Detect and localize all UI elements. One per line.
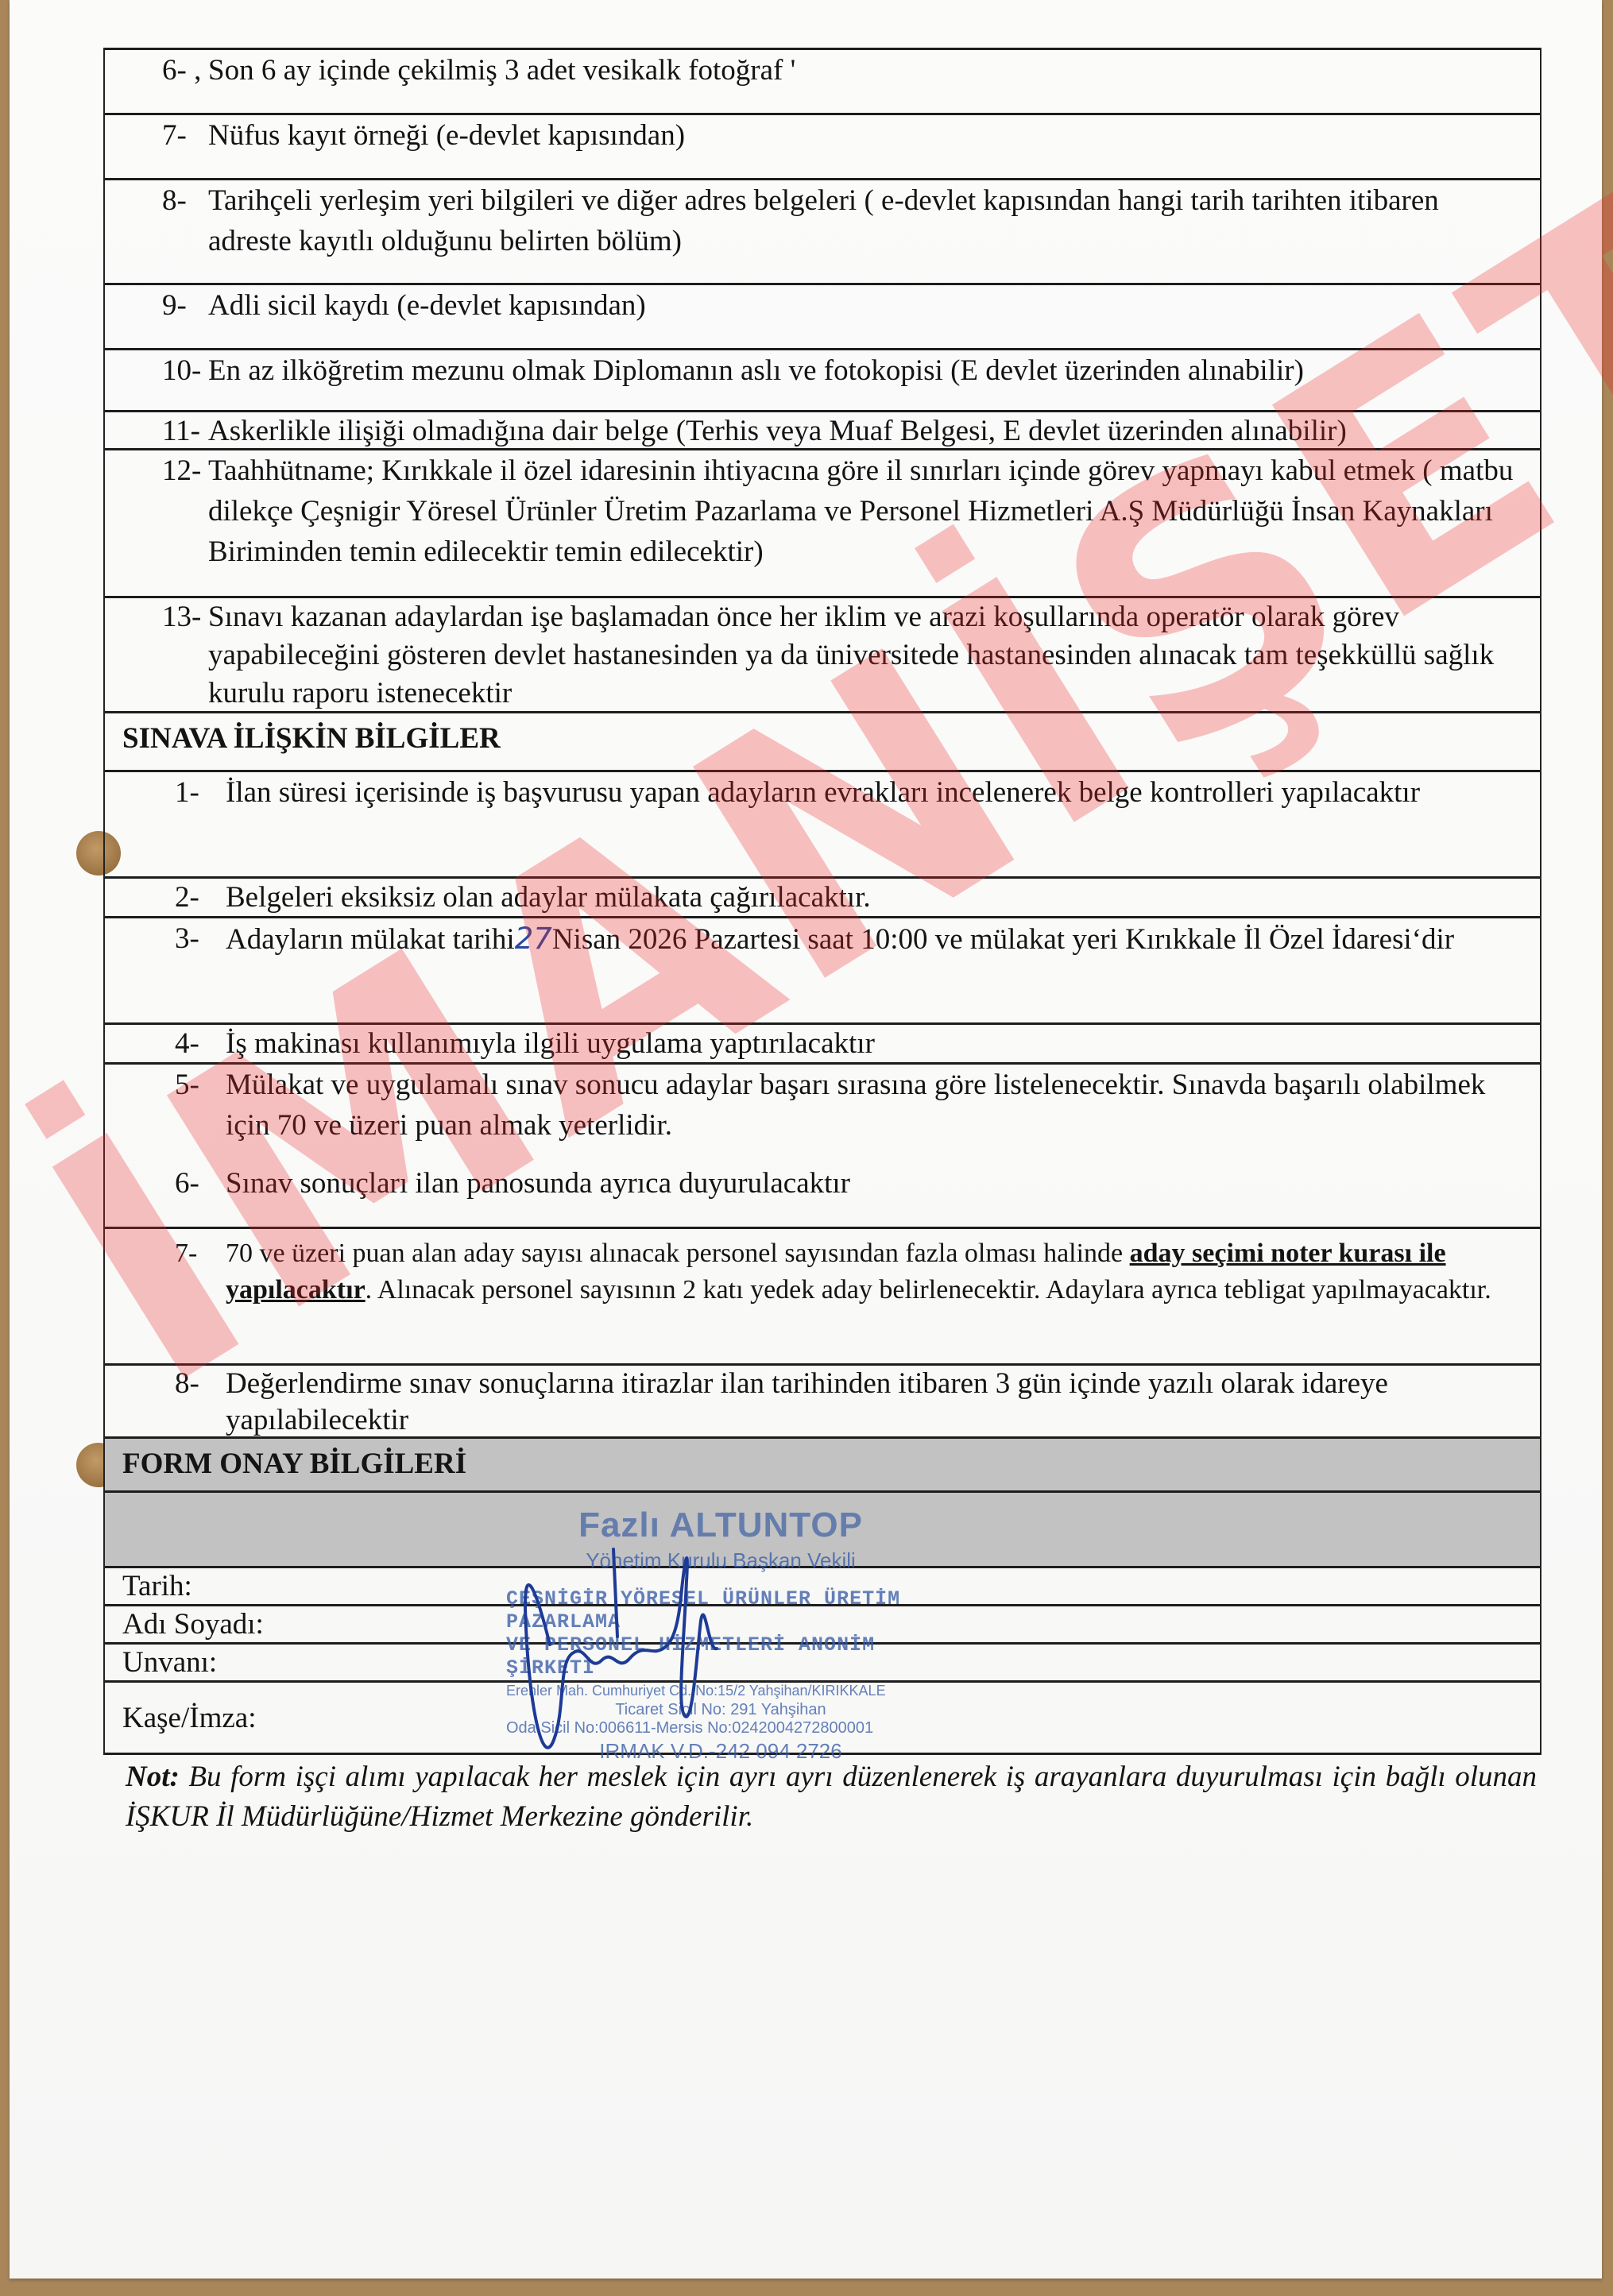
- footnote: Not: Bu form işçi alımı yapılacak her me…: [126, 1757, 1537, 1837]
- item-text-part: Nisan 2026 Pazartesi saat 10:00 ve mülak…: [552, 923, 1454, 956]
- item-number: 7-: [175, 1235, 226, 1308]
- list-item: 12- Taahhütname; Kırıkkale il özel idare…: [105, 450, 1540, 572]
- document-page: 6- , Son 6 ay içinde çekilmiş 3 adet ves…: [10, 0, 1602, 2279]
- stamp-name: Fazlı ALTUNTOP: [498, 1506, 943, 1545]
- item-text: Mülakat ve uygulamalı sınav sonucu adayl…: [226, 1065, 1524, 1146]
- table-row: 7- 70 ve üzeri puan alan aday sayısı alı…: [105, 1227, 1540, 1363]
- item-text: 70 ve üzeri puan alan aday sayısı alınac…: [226, 1235, 1524, 1308]
- table-row: 7- Nüfus kayıt örneği (e-devlet kapısınd…: [105, 113, 1540, 178]
- item-text: Son 6 ay içinde çekilmiş 3 adet vesikalk…: [208, 50, 1524, 91]
- item-text: En az ilköğretim mezunu olmak Diplomanın…: [208, 350, 1524, 391]
- item-text: İlan süresi içerisinde iş başvurusu yapa…: [226, 772, 1524, 813]
- item-number: 3-: [175, 918, 226, 960]
- item-number: 6-: [175, 1163, 226, 1204]
- stamp-company-line1: ÇEŞNİGİR YÖRESEL ÜRÜNLER ÜRETİM PAZARLAM…: [498, 1587, 943, 1633]
- note-text: Bu form işçi alımı yapılacak her meslek …: [126, 1761, 1537, 1833]
- list-item: 9- Adli sicil kaydı (e-devlet kapısından…: [105, 285, 1540, 326]
- item-text: Sınavı kazanan adaylardan işe başlamadan…: [208, 598, 1524, 713]
- list-item: 8- Değerlendirme sınav sonuçlarına itira…: [105, 1366, 1540, 1439]
- item-number: 11-: [162, 412, 208, 450]
- list-item: 3- Adayların mülakat tarihi27Nisan 2026 …: [105, 918, 1540, 960]
- item-text-part: Adayların mülakat tarihi: [226, 923, 515, 956]
- item-text-part: 70 ve üzeri puan alan aday sayısı alınac…: [226, 1239, 1130, 1268]
- table-row: 1- İlan süresi içerisinde iş başvurusu y…: [105, 770, 1540, 876]
- section-title-approval: FORM ONAY BİLGİLERİ: [105, 1439, 1540, 1490]
- table-row: 8- Tarihçeli yerleşim yeri bilgileri ve …: [105, 178, 1540, 283]
- stamp-company-line2: VE PERSONEL HİZMETLERİ ANONİM ŞİRKETİ: [498, 1633, 943, 1679]
- table-row: 9- Adli sicil kaydı (e-devlet kapısından…: [105, 283, 1540, 348]
- table-row: 5- Mülakat ve uygulamalı sınav sonucu ad…: [105, 1062, 1540, 1227]
- list-item: 4- İş makinası kullanımıyla ilgili uygul…: [105, 1025, 1540, 1063]
- item-number: 5-: [175, 1065, 226, 1146]
- stamp-address: Erenler Mah. Cumhuriyet Cd. No:15/2 Yahş…: [498, 1683, 943, 1699]
- table-row: 10- En az ilköğretim mezunu olmak Diplom…: [105, 348, 1540, 410]
- list-item: 11- Askerlikle ilişiği olmadığına dair b…: [105, 412, 1540, 450]
- item-number: 9-: [162, 285, 208, 326]
- table-row: 12- Taahhütname; Kırıkkale il özel idare…: [105, 448, 1540, 596]
- list-item: 7- 70 ve üzeri puan alan aday sayısı alı…: [105, 1235, 1540, 1308]
- item-number: 8-: [162, 180, 208, 261]
- section-header-row: FORM ONAY BİLGİLERİ: [105, 1436, 1540, 1490]
- item-text: Tarihçeli yerleşim yeri bilgileri ve diğ…: [208, 180, 1524, 261]
- list-item: 7- Nüfus kayıt örneği (e-devlet kapısınd…: [105, 115, 1540, 156]
- table-row: 6- , Son 6 ay içinde çekilmiş 3 adet ves…: [105, 48, 1540, 113]
- item-number: 4-: [175, 1025, 226, 1063]
- form-table: 6- , Son 6 ay içinde çekilmiş 3 adet ves…: [103, 48, 1541, 1755]
- stamp-title: Yönetim Kurulu Başkan Vekili: [498, 1548, 943, 1573]
- list-item: 8- Tarihçeli yerleşim yeri bilgileri ve …: [105, 180, 1540, 261]
- item-number: 2-: [175, 879, 226, 917]
- list-item: 6- Sınav sonuçları ilan panosunda ayrıca…: [105, 1163, 1540, 1204]
- item-text: Adayların mülakat tarihi27Nisan 2026 Paz…: [226, 918, 1524, 960]
- list-item: 5- Mülakat ve uygulamalı sınav sonucu ad…: [105, 1065, 1540, 1146]
- item-text-part: . Alınacak personel sayısının 2 katı yed…: [366, 1275, 1491, 1305]
- table-row: 11- Askerlikle ilişiği olmadığına dair b…: [105, 410, 1540, 448]
- item-text: Nüfus kayıt örneği (e-devlet kapısından): [208, 115, 1524, 156]
- section-header-row: SINAVA İLİŞKİN BİLGİLER: [105, 711, 1540, 770]
- item-number: 13-: [162, 598, 208, 713]
- item-number: 1-: [175, 772, 226, 813]
- handwritten-day: 27: [515, 922, 552, 956]
- stamp-trade-registry: Ticaret Sicil No: 291 Yahşihan: [498, 1701, 943, 1719]
- item-number: 8-: [175, 1366, 226, 1439]
- item-text: İş makinası kullanımıyla ilgili uygulama…: [226, 1025, 1524, 1063]
- item-text: Taahhütname; Kırıkkale il özel idaresini…: [208, 450, 1524, 572]
- table-row: 2- Belgeleri eksiksiz olan adaylar mülak…: [105, 876, 1540, 916]
- list-item: 1- İlan süresi içerisinde iş başvurusu y…: [105, 772, 1540, 813]
- list-item: 13- Sınavı kazanan adaylardan işe başlam…: [105, 598, 1540, 713]
- table-row: 3- Adayların mülakat tarihi27Nisan 2026 …: [105, 916, 1540, 1022]
- section-title-exam: SINAVA İLİŞKİN BİLGİLER: [105, 713, 1540, 764]
- list-item: 10- En az ilköğretim mezunu olmak Diplom…: [105, 350, 1540, 391]
- list-item: 6- , Son 6 ay içinde çekilmiş 3 adet ves…: [105, 50, 1540, 91]
- company-stamp: Fazlı ALTUNTOP Yönetim Kurulu Başkan Vek…: [498, 1506, 943, 1764]
- item-number: 12-: [162, 450, 208, 572]
- table-row: 13- Sınavı kazanan adaylardan işe başlam…: [105, 596, 1540, 711]
- item-text: Değerlendirme sınav sonuçlarına itirazla…: [226, 1366, 1524, 1439]
- item-number: 10-: [162, 350, 208, 391]
- table-row: 8- Değerlendirme sınav sonuçlarına itira…: [105, 1363, 1540, 1436]
- item-number: 7-: [162, 115, 208, 156]
- stamp-chamber-registry: Oda Sicil No:006611-Mersis No:0242004272…: [498, 1719, 943, 1737]
- item-text: Sınav sonuçları ilan panosunda ayrıca du…: [226, 1163, 1524, 1204]
- table-row: 4- İş makinası kullanımıyla ilgili uygul…: [105, 1022, 1540, 1062]
- item-text: Belgeleri eksiksiz olan adaylar mülakata…: [226, 879, 1524, 917]
- list-item: 2- Belgeleri eksiksiz olan adaylar mülak…: [105, 879, 1540, 917]
- note-label: Not:: [126, 1761, 180, 1793]
- item-number: 6- ,: [162, 50, 208, 91]
- item-text: Askerlikle ilişiği olmadığına dair belge…: [208, 412, 1524, 450]
- item-text: Adli sicil kaydı (e-devlet kapısından): [208, 285, 1524, 326]
